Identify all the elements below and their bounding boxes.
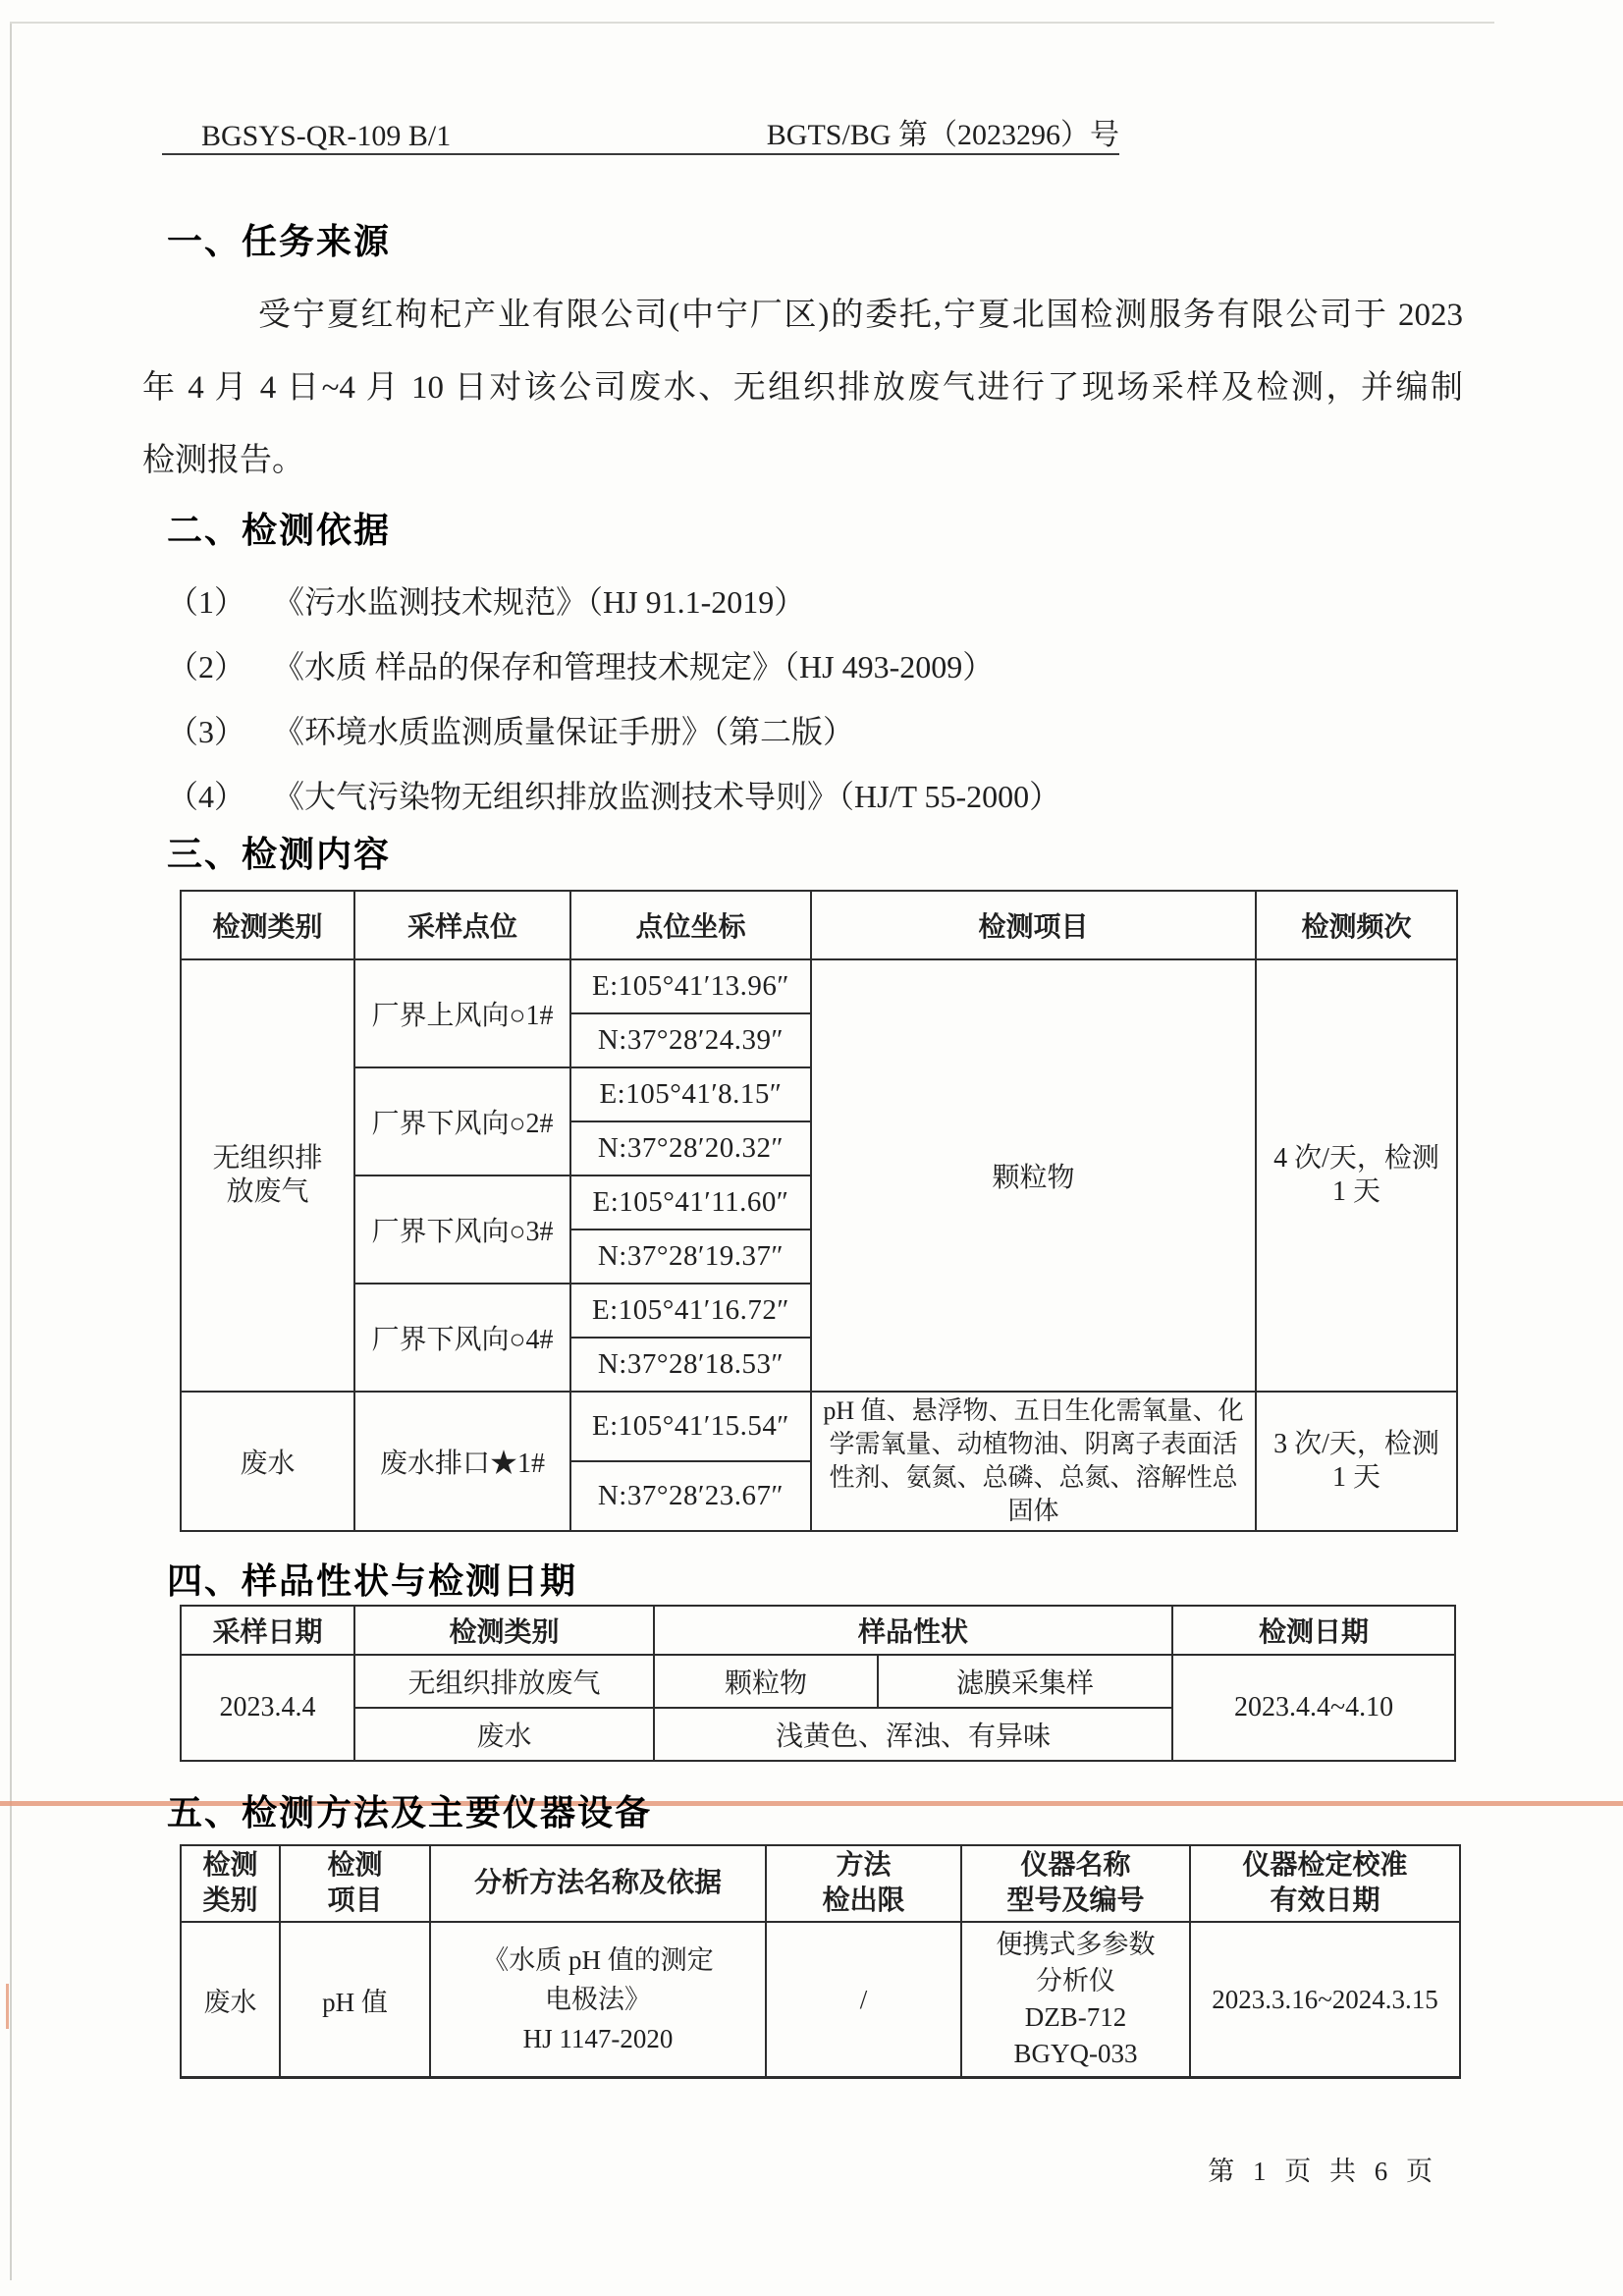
col-header-detection-limit: 方法 检出限	[766, 1845, 961, 1922]
col-header-category: 检测类别	[181, 891, 354, 959]
testing-content-table: 检测类别 采样点位 点位坐标 检测项目 检测频次 无组织排 放废气 厂界上风向○…	[180, 890, 1458, 1532]
col-header-category: 检测类别	[354, 1606, 654, 1655]
character-cell: 颗粒物	[654, 1655, 878, 1708]
coordinate-n-cell: N:37°28′20.32″	[570, 1121, 811, 1175]
sampling-date-cell: 2023.4.4	[181, 1655, 354, 1761]
reference-number: （3）	[167, 699, 245, 764]
document-header: BGSYS-QR-109 B/1 BGTS/BG 第（2023296）号	[162, 110, 1119, 155]
paragraph-line-3: 检测报告。	[142, 424, 1463, 497]
reference-item-4: （4）《大气污染物无组织排放监测技术导则》（HJ/T 55-2000）	[142, 764, 1463, 829]
col-header-items: 检测项目	[811, 891, 1256, 959]
col-header-method: 分析方法名称及依据	[430, 1845, 766, 1922]
col-header-calibration: 仪器检定校准 有效日期	[1190, 1845, 1460, 1922]
category-cell: 废水	[354, 1708, 654, 1761]
instrument-cell: 便携式多参数 分析仪 DZB-712 BGYQ-033	[961, 1922, 1190, 2078]
col-header-instrument: 仪器名称 型号及编号	[961, 1845, 1190, 1922]
coordinate-n-cell: N:37°28′23.67″	[570, 1461, 811, 1531]
wastewater-items-cell: pH 值、悬浮物、五日生化需氧量、化学需氧量、动植物油、阴离子表面活性剂、氨氮、…	[811, 1392, 1256, 1531]
wastewater-frequency-cell: 3 次/天，检测 1 天	[1256, 1392, 1457, 1531]
col-header-sampling-date: 采样日期	[181, 1606, 354, 1655]
table-header-row: 检测类别 采样点位 点位坐标 检测项目 检测频次	[181, 891, 1457, 959]
reference-item-2: （2）《水质 样品的保存和管理技术规定》（HJ 493-2009）	[142, 634, 1463, 699]
report-number: BGTS/BG 第（2023296）号	[767, 110, 1119, 153]
coordinate-n-cell: N:37°28′19.37″	[570, 1230, 811, 1284]
reference-text: 《污水监测技术规范》（HJ 91.1-2019）	[273, 584, 805, 620]
col-header-item: 检测 项目	[280, 1845, 430, 1922]
point-cell: 厂界下风向○3#	[354, 1175, 570, 1284]
table-row: 2023.4.4 无组织排放废气 颗粒物 滤膜采集样 2023.4.4~4.10	[181, 1655, 1455, 1708]
item-cell: pH 值	[280, 1922, 430, 2078]
coordinate-e-cell: E:105°41′13.96″	[570, 959, 811, 1013]
reference-number: （2）	[167, 634, 245, 699]
page-number: 第 1 页 共 6 页	[142, 2150, 1463, 2188]
detection-limit-cell: /	[766, 1922, 961, 2078]
reference-item-3: （3）《环境水质监测质量保证手册》（第二版）	[142, 699, 1463, 764]
col-header-character: 样品性状	[654, 1606, 1172, 1655]
gas-frequency-cell: 4 次/天，检测 1 天	[1256, 959, 1457, 1392]
report-page: BGSYS-QR-109 B/1 BGTS/BG 第（2023296）号 一、任…	[0, 0, 1623, 2296]
gas-items-cell: 颗粒物	[811, 959, 1256, 1392]
coordinate-e-cell: E:105°41′15.54″	[570, 1392, 811, 1461]
paragraph-line-1: 受宁夏红枸杞产业有限公司(中宁厂区)的委托,宁夏北国检测服务有限公司于 2023	[142, 279, 1463, 352]
gas-category-cell: 无组织排 放废气	[181, 959, 354, 1392]
category-cell: 废水	[181, 1922, 280, 2078]
section2-title: 二、检测依据	[167, 507, 1463, 554]
character-cell: 浅黄色、浑浊、有异味	[654, 1708, 1172, 1761]
calibration-cell: 2023.3.16~2024.3.15	[1190, 1922, 1460, 2078]
point-cell: 厂界上风向○1#	[354, 959, 570, 1067]
table-row: 废水 废水排口★1# E:105°41′15.54″ pH 值、悬浮物、五日生化…	[181, 1392, 1457, 1461]
col-header-test-date: 检测日期	[1172, 1606, 1455, 1655]
wastewater-category-cell: 废水	[181, 1392, 354, 1531]
coordinate-e-cell: E:105°41′8.15″	[570, 1067, 811, 1121]
section5-title: 五、检测方法及主要仪器设备	[167, 1789, 1463, 1836]
col-header-sampling-point: 采样点位	[354, 891, 570, 959]
reference-number: （1）	[167, 570, 245, 634]
task-source-paragraph: 受宁夏红枸杞产业有限公司(中宁厂区)的委托,宁夏北国检测服务有限公司于 2023…	[142, 279, 1463, 497]
test-date-cell: 2023.4.4~4.10	[1172, 1655, 1455, 1761]
table-row: 废水 pH 值 《水质 pH 值的测定 电极法》 HJ 1147-2020 / …	[181, 1922, 1460, 2078]
table-row: 无组织排 放废气 厂界上风向○1# E:105°41′13.96″ 颗粒物 4 …	[181, 959, 1457, 1013]
method-instrument-table: 检测 类别 检测 项目 分析方法名称及依据 方法 检出限 仪器名称 型号及编号 …	[180, 1844, 1461, 2079]
character-cell: 滤膜采集样	[878, 1655, 1172, 1708]
section3-title: 三、检测内容	[167, 831, 1463, 878]
coordinate-e-cell: E:105°41′11.60″	[570, 1175, 811, 1230]
reference-item-1: （1）《污水监测技术规范》（HJ 91.1-2019）	[142, 570, 1463, 634]
table-header-row: 采样日期 检测类别 样品性状 检测日期	[181, 1606, 1455, 1655]
sample-character-table: 采样日期 检测类别 样品性状 检测日期 2023.4.4 无组织排放废气 颗粒物…	[180, 1605, 1456, 1762]
coordinate-e-cell: E:105°41′16.72″	[570, 1284, 811, 1338]
point-cell: 厂界下风向○4#	[354, 1284, 570, 1392]
method-cell: 《水质 pH 值的测定 电极法》 HJ 1147-2020	[430, 1922, 766, 2078]
paragraph-line-2: 年 4 月 4 日~4 月 10 日对该公司废水、无组织排放废气进行了现场采样及…	[142, 352, 1463, 424]
reference-number: （4）	[167, 764, 245, 829]
form-code: BGSYS-QR-109 B/1	[162, 120, 451, 153]
reference-list: （1）《污水监测技术规范》（HJ 91.1-2019） （2）《水质 样品的保存…	[142, 570, 1463, 829]
reference-text: 《大气污染物无组织排放监测技术导则》（HJ/T 55-2000）	[273, 779, 1060, 814]
reference-text: 《水质 样品的保存和管理技术规定》（HJ 493-2009）	[273, 649, 994, 684]
page-content: BGSYS-QR-109 B/1 BGTS/BG 第（2023296）号 一、任…	[0, 0, 1623, 2188]
col-header-frequency: 检测频次	[1256, 891, 1457, 959]
section1-title: 一、任务来源	[167, 218, 1463, 265]
point-cell: 厂界下风向○2#	[354, 1067, 570, 1175]
coordinate-n-cell: N:37°28′24.39″	[570, 1013, 811, 1067]
col-header-category: 检测 类别	[181, 1845, 280, 1922]
wastewater-point-cell: 废水排口★1#	[354, 1392, 570, 1531]
table-header-row: 检测 类别 检测 项目 分析方法名称及依据 方法 检出限 仪器名称 型号及编号 …	[181, 1845, 1460, 1922]
col-header-coordinates: 点位坐标	[570, 891, 811, 959]
category-cell: 无组织排放废气	[354, 1655, 654, 1708]
coordinate-n-cell: N:37°28′18.53″	[570, 1338, 811, 1392]
reference-text: 《环境水质监测质量保证手册》（第二版）	[273, 714, 854, 749]
section4-title: 四、样品性状与检测日期	[167, 1558, 1463, 1605]
